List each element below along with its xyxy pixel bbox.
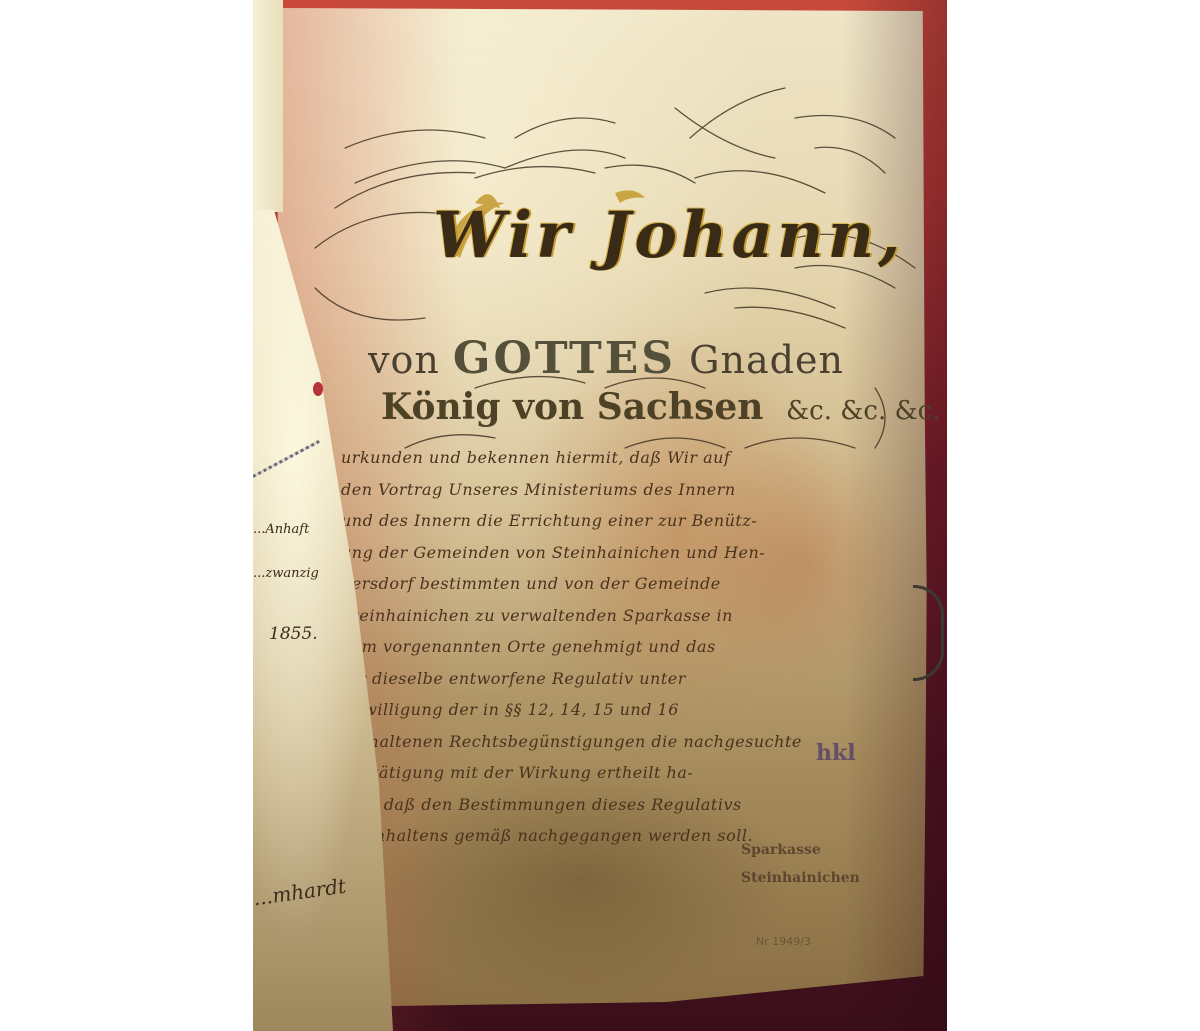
document-heading: Wir Johann,: [433, 198, 904, 273]
subheading-suffix: Gnaden: [689, 338, 844, 382]
body-line: Bestätigung mit der Wirkung ertheilt ha-: [341, 763, 881, 795]
subheading-caps: GOTTES: [453, 333, 676, 384]
left-sheet-edge: [253, 0, 283, 212]
body-line: den Vortrag Unseres Ministeriums des Inn…: [341, 480, 881, 512]
sparkasse-stamp: Sparkasse Steinhainichen: [741, 836, 860, 892]
left-sheet-date: 1855.: [269, 624, 318, 644]
body-line: für dieselbe entworfene Regulativ unter: [341, 669, 881, 701]
body-line: enthaltenen Rechtsbegünstigungen die nac…: [341, 732, 881, 764]
document-subheading: von GOTTES Gnaden: [368, 333, 844, 384]
body-line: Steinhainichen zu verwaltenden Sparkasse…: [341, 606, 881, 638]
binding-hole: [313, 382, 323, 396]
binding-cord: [913, 585, 944, 681]
stamp-line: Sparkasse: [741, 836, 860, 864]
document-photograph: Wir Johann, von GOTTES Gnaden König von …: [253, 0, 947, 1031]
archive-number: Nr 1949/3: [756, 935, 811, 948]
title-etc: &c. &c. &c.: [786, 396, 940, 426]
title-king: König von Sachsen: [381, 386, 763, 428]
left-sheet-fragment: ...zwanzig: [253, 566, 319, 581]
body-line: ung der Gemeinden von Steinhainichen und…: [341, 543, 881, 575]
body-line: und des Innern die Errichtung einer zur …: [341, 511, 881, 543]
document-body: urkunden und bekennen hiermit, daß Wir a…: [341, 448, 881, 858]
body-line: Bewilligung der in §§ 12, 14, 15 und 16: [341, 700, 881, 732]
body-line: dem vorgenannten Orte genehmigt und das: [341, 637, 881, 669]
subheading-prefix: von: [368, 338, 440, 382]
body-line: urkunden und bekennen hiermit, daß Wir a…: [341, 448, 881, 480]
purple-ink-mark: hkl: [816, 740, 856, 766]
body-line: nersdorf bestimmten und von der Gemeinde: [341, 574, 881, 606]
body-line: ben, daß den Bestimmungen dieses Regulat…: [341, 795, 881, 827]
left-sheet-fragment: ...Anhaft: [253, 522, 309, 537]
document-title-line: König von Sachsen &c. &c. &c.: [381, 386, 940, 428]
stamp-line: Steinhainichen: [741, 864, 860, 892]
